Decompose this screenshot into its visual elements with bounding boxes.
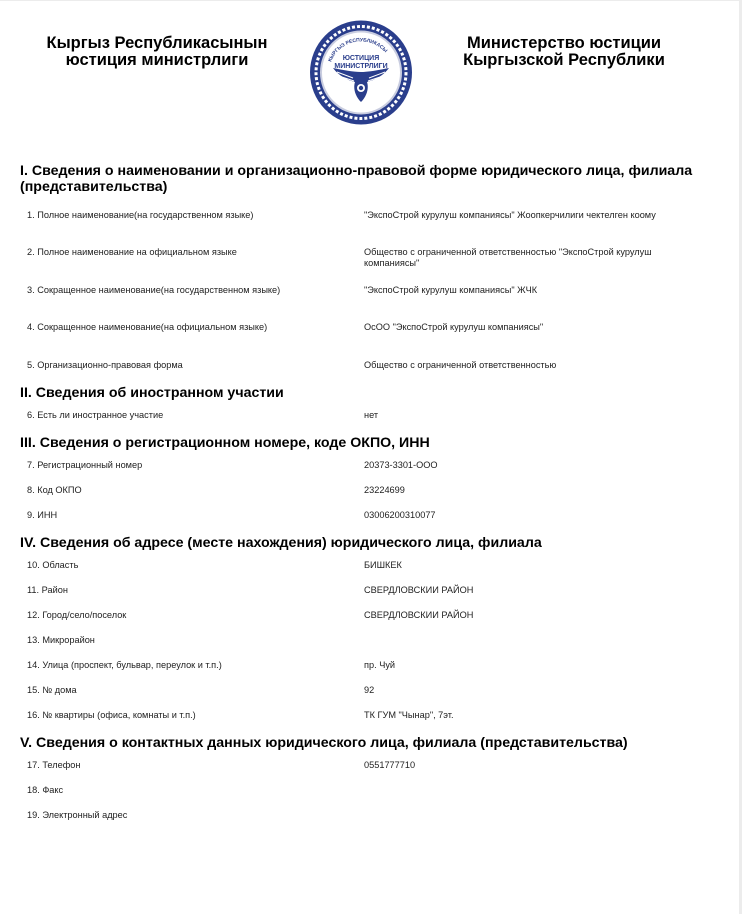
field-label: 7. Регистрационный номер: [27, 460, 347, 471]
field-value: 03006200310077: [364, 510, 704, 521]
field-value: пр. Чуй: [364, 660, 704, 671]
document-header: Кыргыз Республикасынын юстиция министрли…: [0, 1, 739, 151]
header-title-russian: Министерство юстиции Кыргызской Республи…: [434, 35, 694, 69]
field-label: 12. Город/село/поселок: [27, 610, 347, 621]
field-label: 5. Организационно-правовая форма: [27, 360, 347, 371]
section-title-line: IV. Сведения об адресе (месте нахождения…: [20, 535, 542, 551]
field-value: нет: [364, 410, 704, 421]
field-value: "ЭкспоСтрой курулуш компаниясы" ЖЧК: [364, 285, 704, 296]
svg-text:МИНИСТРЛИГИ: МИНИСТРЛИГИ: [334, 63, 387, 70]
field-value: 92: [364, 685, 704, 696]
ministry-of-justice-emblem-icon: КЫРГЫЗ РЕСПУБЛИКАСЫ ЮСТИЦИЯ МИНИСТРЛИГИ: [309, 20, 413, 125]
field-value: 23224699: [364, 485, 704, 496]
field-label: 1. Полное наименование(на государственно…: [27, 210, 347, 221]
header-title-russian-line2: Кыргызской Республики: [434, 52, 694, 69]
section-title-contacts: V. Сведения о контактных данных юридичес…: [20, 735, 628, 751]
header-title-russian-line1: Министерство юстиции: [434, 35, 694, 52]
header-title-kyrgyz-line2: юстиция министрлиги: [27, 52, 287, 69]
field-label: 19. Электронный адрес: [27, 810, 347, 821]
field-label: 13. Микрорайон: [27, 635, 347, 646]
field-label: 2. Полное наименование на официальном яз…: [27, 247, 347, 258]
field-label: 10. Область: [27, 560, 347, 571]
section-title-line: (представительства): [20, 179, 692, 195]
section-title-registration: III. Сведения о регистрационном номере, …: [20, 435, 430, 451]
section-title-line: I. Сведения о наименовании и организацио…: [20, 163, 692, 179]
field-label: 3. Сокращенное наименование(на государст…: [27, 285, 347, 296]
field-label: 15. № дома: [27, 685, 347, 696]
section-title-line: V. Сведения о контактных данных юридичес…: [20, 735, 628, 751]
section-title-address: IV. Сведения об адресе (месте нахождения…: [20, 535, 542, 551]
field-value: СВЕРДЛОВСКИИ РАЙОН: [364, 610, 704, 621]
header-title-kyrgyz-line1: Кыргыз Республикасынын: [27, 35, 287, 52]
field-label: 11. Район: [27, 585, 347, 596]
field-value: ТК ГУМ "Чынар", 7эт.: [364, 710, 704, 721]
field-label: 4. Сокращенное наименование(на официальн…: [27, 322, 347, 333]
svg-text:ЮСТИЦИЯ: ЮСТИЦИЯ: [343, 55, 380, 62]
field-value: "ЭкспоСтрой курулуш компаниясы" Жоопкерч…: [364, 210, 704, 221]
field-label: 17. Телефон: [27, 760, 347, 771]
field-value: СВЕРДЛОВСКИИ РАЙОН: [364, 585, 704, 596]
section-title-line: II. Сведения об иностранном участии: [20, 385, 284, 401]
field-label: 16. № квартиры (офиса, комнаты и т.п.): [27, 710, 347, 721]
field-label: 9. ИНН: [27, 510, 347, 521]
field-label: 8. Код ОКПО: [27, 485, 347, 496]
section-title-foreign-participation: II. Сведения об иностранном участии: [20, 385, 284, 401]
field-label: 18. Факс: [27, 785, 347, 796]
document-page: Кыргыз Республикасынын юстиция министрли…: [0, 0, 739, 914]
field-value: БИШКЕК: [364, 560, 704, 571]
field-value: ОсОО "ЭкспоСтрой курулуш компаниясы": [364, 322, 704, 333]
field-value: 0551777710: [364, 760, 704, 771]
field-label: 6. Есть ли иностранное участие: [27, 410, 347, 421]
field-value: Общество с ограниченной ответственностью: [364, 360, 704, 371]
field-label: 14. Улица (проспект, бульвар, переулок и…: [27, 660, 347, 671]
field-value: 20373-3301-ООО: [364, 460, 704, 471]
section-title-line: III. Сведения о регистрационном номере, …: [20, 435, 430, 451]
section-title-name-and-legal-form: I. Сведения о наименовании и организацио…: [20, 163, 692, 195]
field-value: Общество с ограниченной ответственностью…: [364, 247, 704, 269]
header-title-kyrgyz: Кыргыз Республикасынын юстиция министрли…: [27, 35, 287, 69]
